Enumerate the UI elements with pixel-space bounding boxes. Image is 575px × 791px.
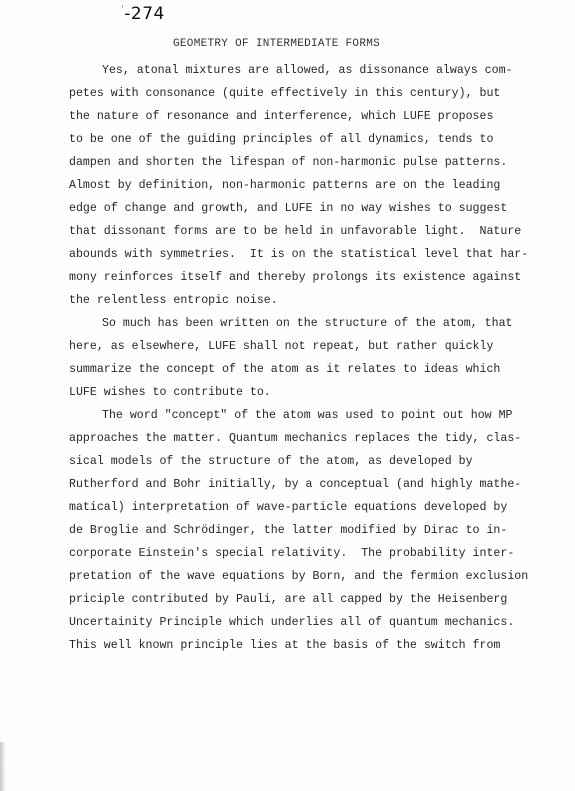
text-line: dampen and shorten the lifespan of non-h…: [69, 151, 549, 174]
page-number-text: -274: [124, 4, 165, 24]
document-title: GEOMETRY OF INTERMEDIATE FORMS: [173, 38, 380, 50]
text-line: This well known principle lies at the ba…: [69, 634, 549, 657]
paragraph: The word "concept" of the atom was used …: [69, 404, 549, 657]
text-line: priciple contributed by Pauli, are all c…: [69, 588, 549, 611]
text-line: de Broglie and Schrödinger, the latter m…: [69, 519, 549, 542]
text-line: the nature of resonance and interference…: [69, 105, 549, 128]
text-line: Almost by definition, non-harmonic patte…: [69, 174, 549, 197]
text-line: petes with consonance (quite effectively…: [69, 82, 549, 105]
text-line: Uncertainity Principle which underlies a…: [69, 611, 549, 634]
text-line: sical models of the structure of the ato…: [69, 450, 549, 473]
text-line: Rutherford and Bohr initially, by a conc…: [69, 473, 549, 496]
text-line: So much has been written on the structur…: [69, 312, 549, 335]
text-line: here, as elsewhere, LUFE shall not repea…: [69, 335, 549, 358]
text-line: to be one of the guiding principles of a…: [69, 128, 549, 151]
scan-edge-shadow: [0, 742, 5, 791]
text-line: mony reinforces itself and thereby prolo…: [69, 266, 549, 289]
text-line: LUFE wishes to contribute to.: [69, 381, 549, 404]
paragraph: Yes, atonal mixtures are allowed, as dis…: [69, 59, 549, 312]
text-line: corporate Einstein's special relativity.…: [69, 542, 549, 565]
text-line: pretation of the wave equations by Born,…: [69, 565, 549, 588]
document-page: '-274 GEOMETRY OF INTERMEDIATE FORMS Yes…: [0, 0, 575, 791]
text-line: summarize the concept of the atom as it …: [69, 358, 549, 381]
text-line: matical) interpretation of wave-particle…: [69, 496, 549, 519]
paragraph: So much has been written on the structur…: [69, 312, 549, 404]
text-line: abounds with symmetries. It is on the st…: [69, 243, 549, 266]
text-line: Yes, atonal mixtures are allowed, as dis…: [69, 59, 549, 82]
text-line: edge of change and growth, and LUFE in n…: [69, 197, 549, 220]
text-line: The word "concept" of the atom was used …: [69, 404, 549, 427]
document-body: Yes, atonal mixtures are allowed, as dis…: [69, 59, 549, 657]
text-line: approaches the matter. Quantum mechanics…: [69, 427, 549, 450]
text-line: that dissonant forms are to be held in u…: [69, 220, 549, 243]
page-number: '-274: [121, 4, 165, 24]
text-line: the relentless entropic noise.: [69, 289, 549, 312]
